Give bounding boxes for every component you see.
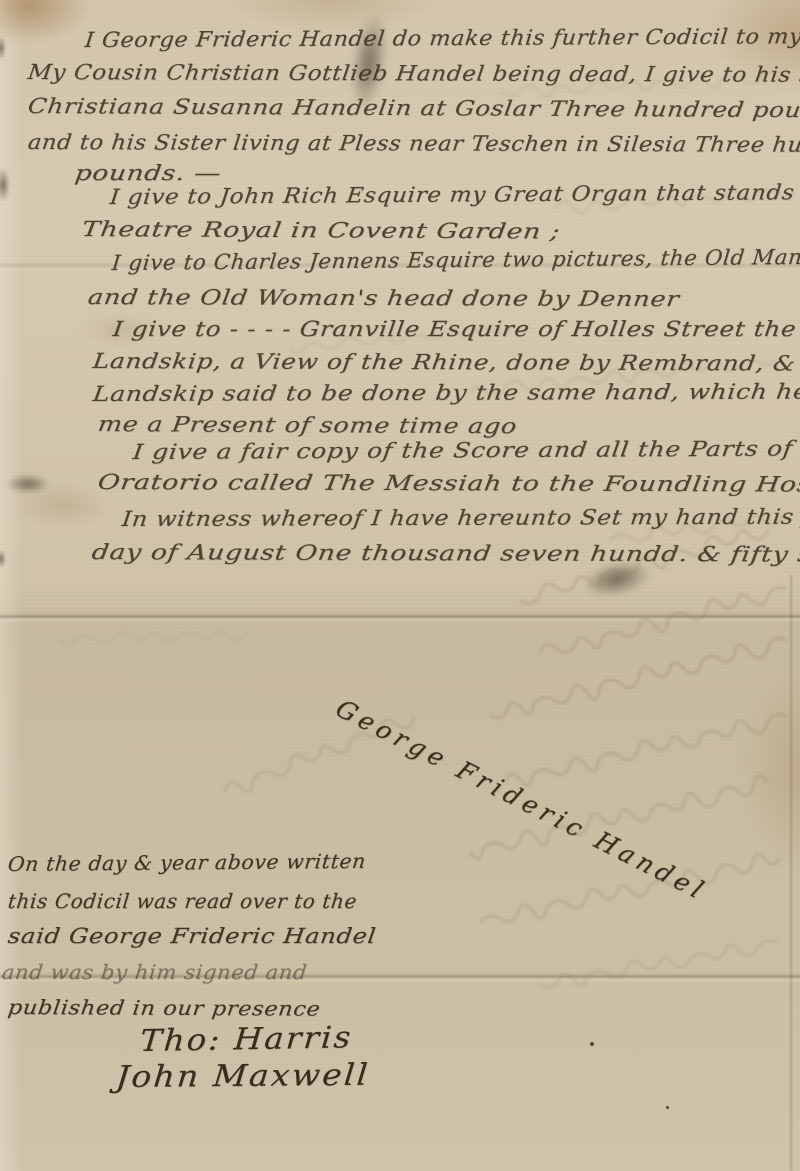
manuscript-line: I give to John Rich Esquire my Great Org… <box>109 180 800 209</box>
manuscript-line: Landskip, a View of the Rhine, done by R… <box>91 349 800 376</box>
ink-blot <box>6 474 50 494</box>
attestation-line: On the day & year above written <box>7 849 367 876</box>
witness-signature-maxwell: John Maxwell <box>114 1058 371 1095</box>
manuscript-line: Theatre Royal in Covent Garden ; <box>80 217 562 243</box>
manuscript-line: Landskip said to be done by the same han… <box>92 379 800 406</box>
manuscript-line: me a Present of some time ago <box>96 412 518 438</box>
fold-crease <box>0 613 800 622</box>
manuscript-line: I give a fair copy of the Score and all … <box>132 436 800 464</box>
manuscript-scan: I George Frideric Handel do make this fu… <box>0 0 800 1171</box>
manuscript-line: My Cousin Christian Gottlieb Handel bein… <box>27 60 800 87</box>
attestation-line: said George Frideric Handel <box>7 924 378 948</box>
manuscript-line: day of August One thousand seven hundd. … <box>90 540 800 567</box>
witness-signature-harris: Tho: Harris <box>139 1020 354 1059</box>
manuscript-line: and the Old Woman's head done by Denner <box>86 285 681 311</box>
attestation-line: and was by him signed and <box>1 960 309 984</box>
page-edge-line <box>790 575 793 1171</box>
manuscript-line: pounds. — <box>73 161 223 185</box>
ink-speck <box>666 1106 669 1109</box>
manuscript-line: and to his Sister living at Pless near T… <box>27 130 800 157</box>
manuscript-line: Christiana Susanna Handelin at Goslar Th… <box>26 94 800 122</box>
attestation-line: this Codicil was read over to the <box>7 889 359 913</box>
manuscript-line: I George Frideric Handel do make this fu… <box>84 24 800 52</box>
manuscript-line: In witness whereof I have hereunto Set m… <box>121 504 800 531</box>
attestation-line: published in our presence <box>7 995 323 1021</box>
manuscript-line: I give to - - - - Granville Esquire of H… <box>112 317 798 341</box>
manuscript-line: Oratorio called The Messiah to the Found… <box>96 470 800 497</box>
ink-speck <box>590 1042 594 1046</box>
